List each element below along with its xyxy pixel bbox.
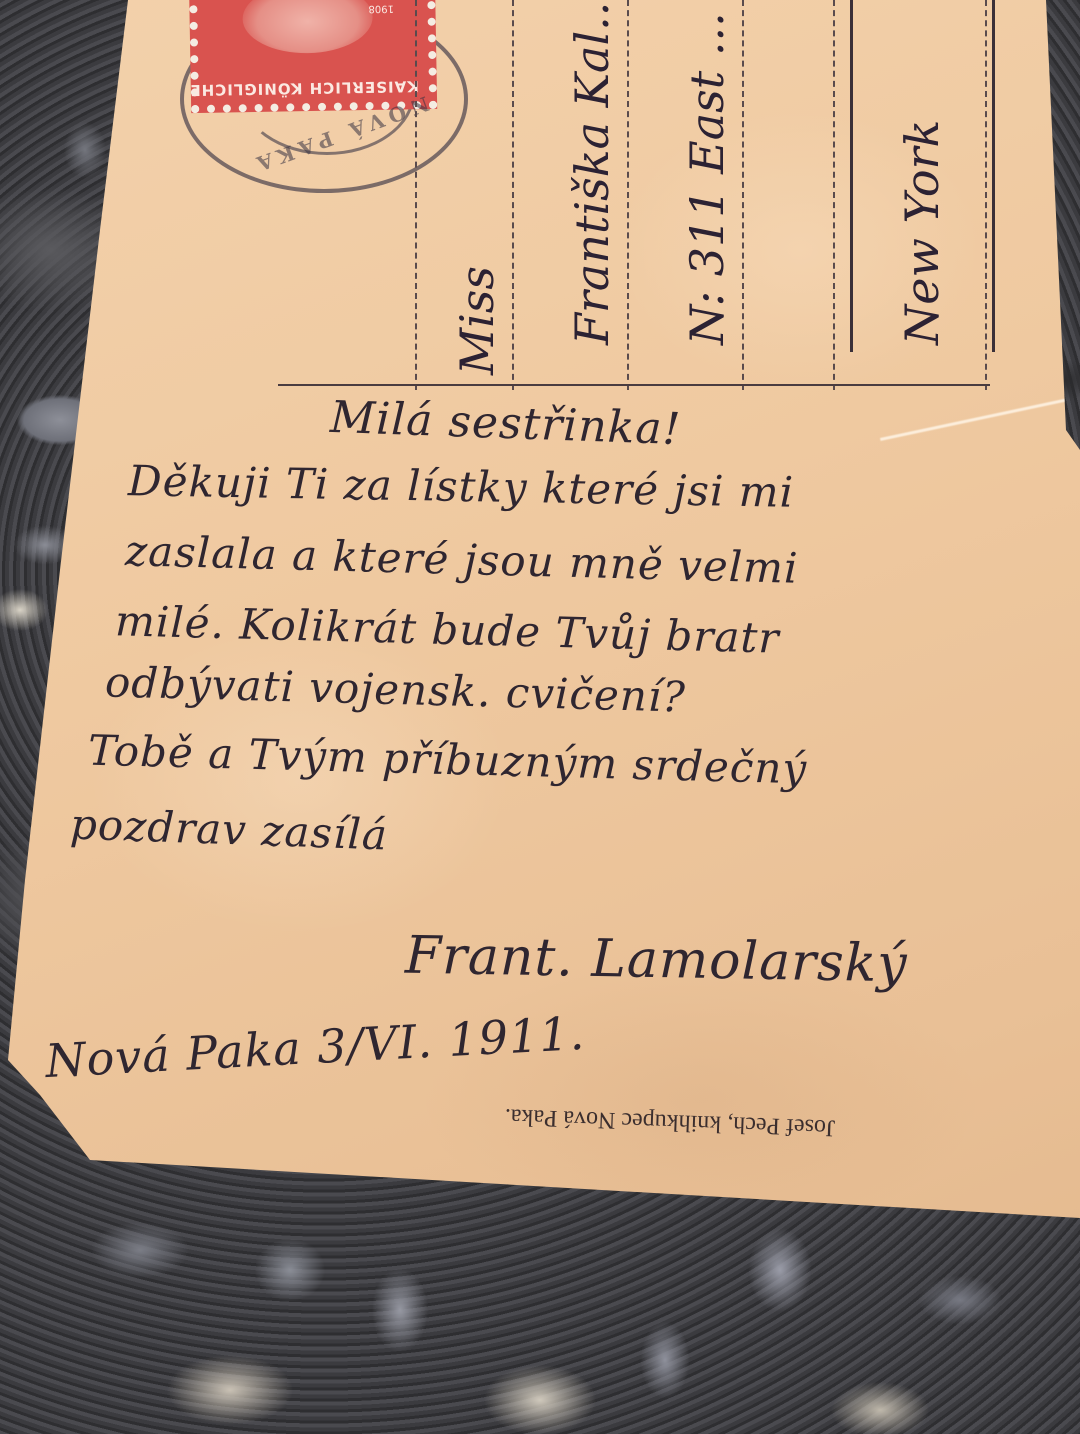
address-rule (850, 0, 853, 352)
address-line-3: N: 311 East ... (680, 12, 734, 345)
address-guide-line (742, 0, 744, 390)
address-guide-line (415, 0, 417, 390)
address-line-1: Miss (450, 266, 504, 375)
address-divider (278, 384, 990, 386)
address-guide-line (627, 0, 629, 390)
postage-stamp: 1908 KAISERLICH KÖNIGLICHE (189, 0, 437, 113)
stamp-portrait-icon (242, 0, 373, 54)
address-guide-line (985, 0, 987, 390)
address-line-2: Františka Kal... (565, 0, 619, 345)
address-guide-line (512, 0, 514, 390)
signature: Frant. Lamolarský (405, 926, 909, 995)
stamp-legend: KAISERLICH KÖNIGLICHE (213, 77, 419, 99)
address-rule (992, 0, 995, 352)
stamp-year: 1908 (368, 3, 394, 14)
address-line-4: New York (895, 120, 949, 345)
address-guide-line (833, 0, 835, 390)
